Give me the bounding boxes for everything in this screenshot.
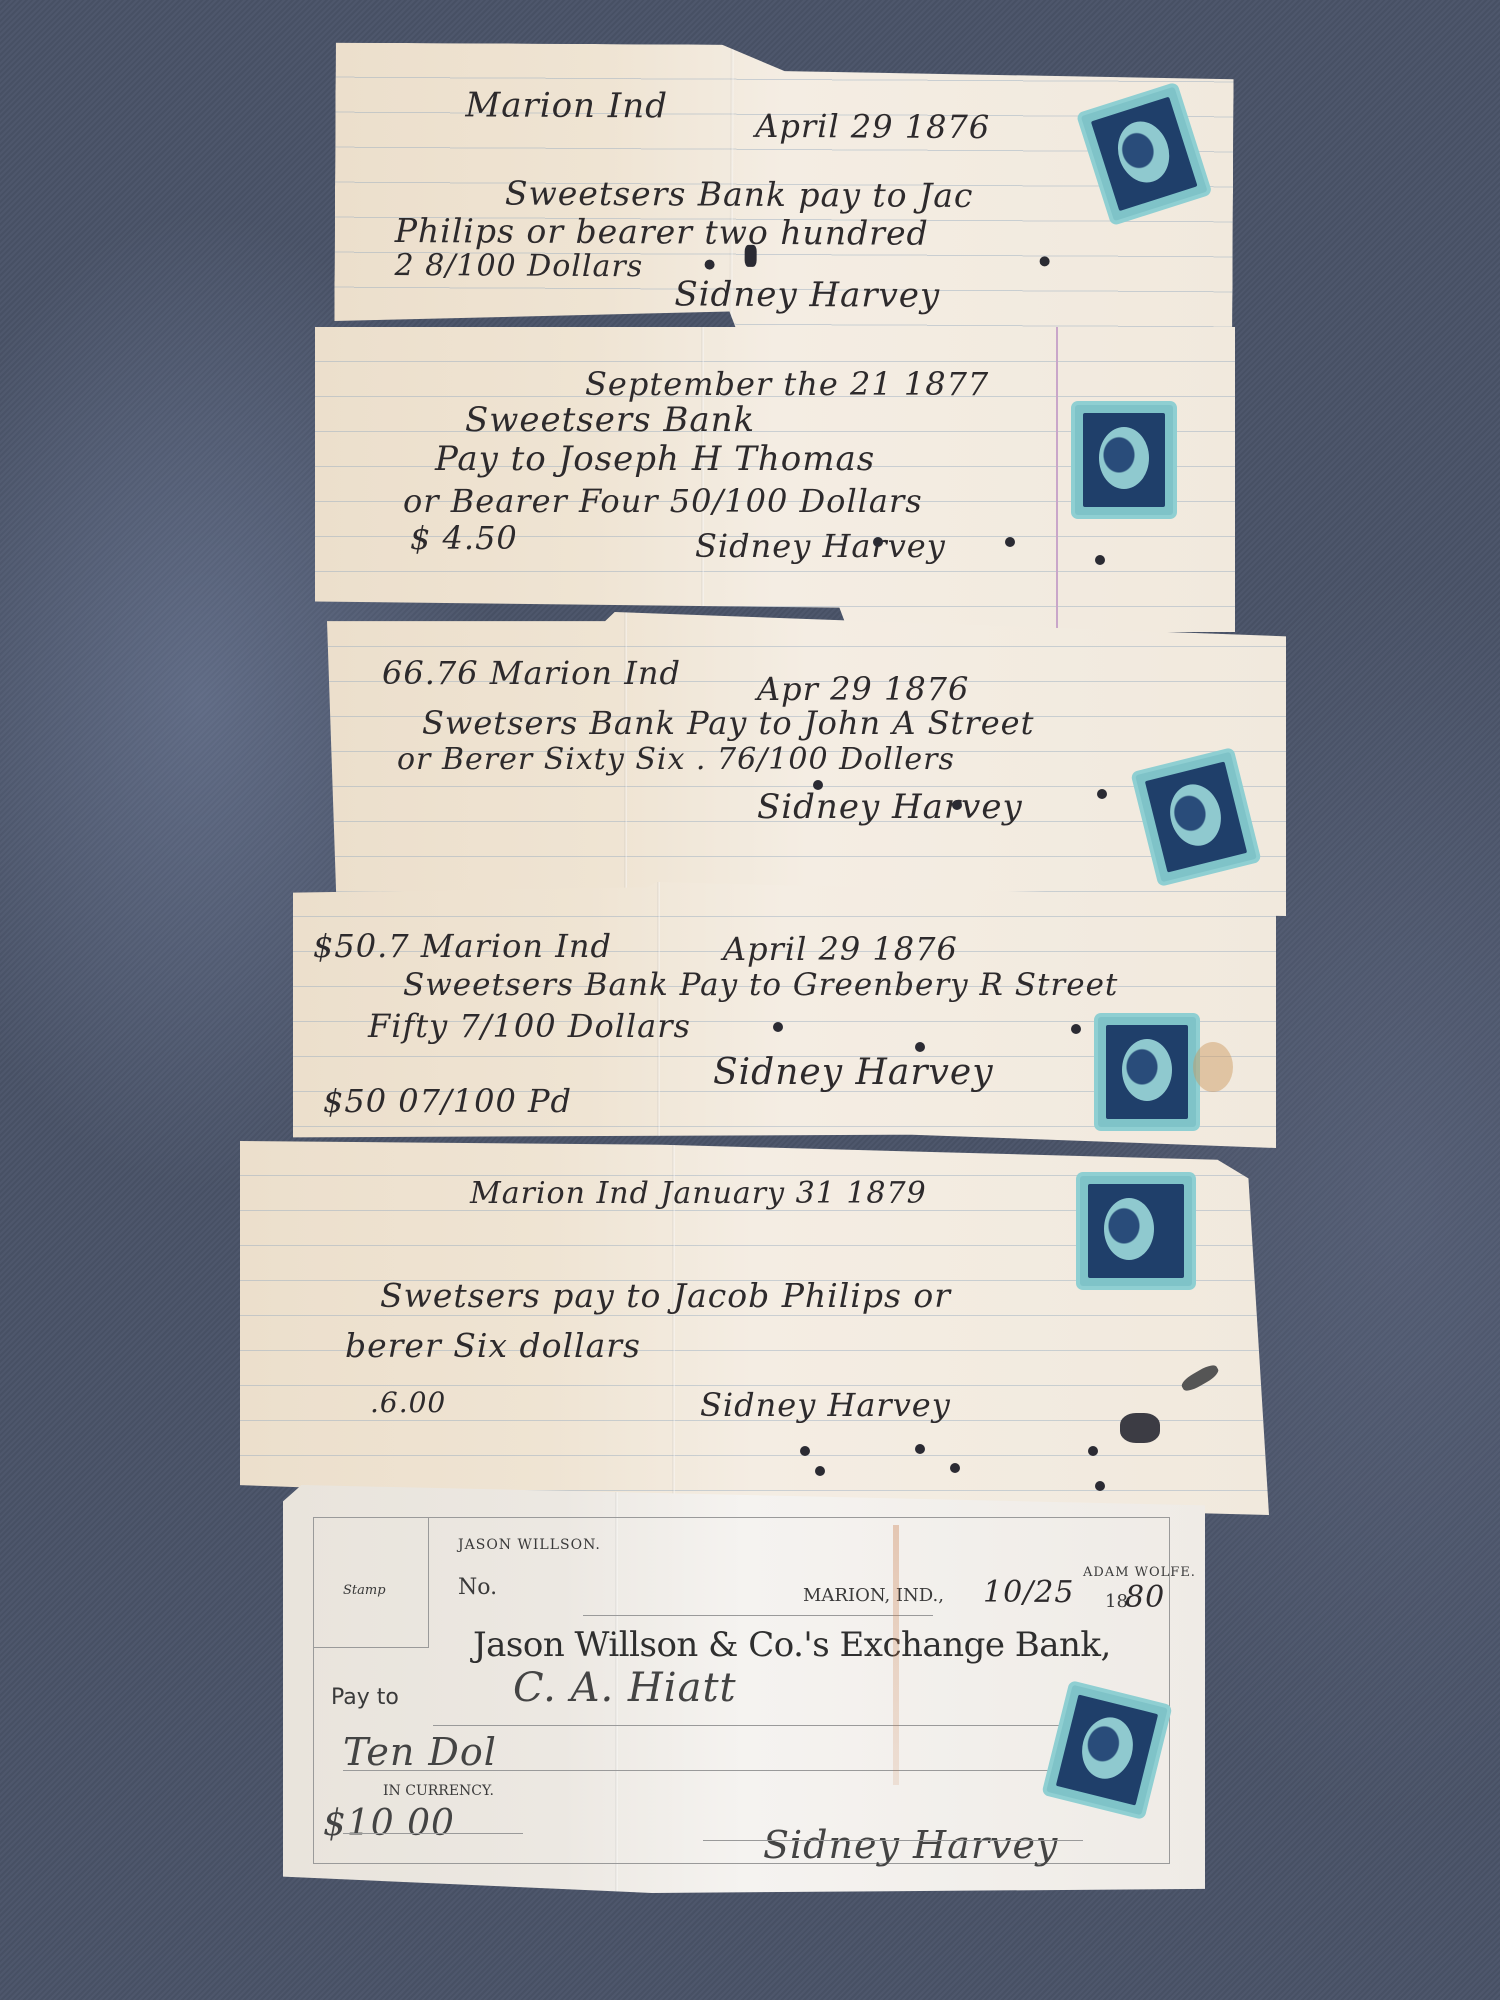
margin-line — [1056, 327, 1058, 632]
check-paid-note: $50 07/100 Pd — [323, 1082, 572, 1120]
cancel-hole — [952, 800, 962, 810]
cancel-hole — [773, 1022, 783, 1032]
check-place: 66.76 Marion Ind — [382, 654, 681, 692]
check-year-suffix: 80 — [1125, 1580, 1165, 1615]
rule-line — [583, 1615, 933, 1616]
ink-blot — [1120, 1413, 1160, 1443]
check-signature: Sidney Harvey — [695, 527, 946, 565]
cancel-hole — [915, 1444, 925, 1454]
check-amount-words: Philips or bearer two hundred — [395, 211, 929, 253]
check-date: April 29 1876 — [723, 930, 958, 968]
check-signature: Sidney Harvey — [757, 787, 1023, 827]
rule-line — [433, 1725, 1083, 1726]
cancel-hole — [800, 1446, 810, 1456]
cancel-hole — [1005, 537, 1015, 547]
cancel-hole — [705, 260, 715, 270]
printed-bank-name: Jason Willson & Co.'s Exchange Bank, — [473, 1625, 1111, 1665]
rule-line — [343, 1833, 523, 1834]
check-amount-words: or Berer Sixty Six . 76/100 Dollers — [397, 742, 955, 777]
check-payee-line: Swetsers Bank Pay to John A Street — [422, 704, 1034, 742]
check-place: $50.7 Marion Ind — [313, 927, 612, 965]
revenue-stamp-icon — [1135, 752, 1257, 882]
cancel-hole — [1071, 1024, 1081, 1034]
printed-left-header: JASON WILLSON. — [458, 1537, 601, 1553]
check-4: $50.7 Marion Ind April 29 1876 Sweetsers… — [293, 882, 1276, 1148]
check-amount-words: Ten Dol — [343, 1730, 497, 1774]
check-payee-line: Swetsers pay to Jacob Philips or — [380, 1276, 951, 1315]
check-amount-words: berer Six dollars — [345, 1326, 641, 1365]
printed-pay-label: Pay to — [331, 1685, 399, 1710]
rule-line — [343, 1770, 1113, 1771]
rule-line — [703, 1840, 1083, 1841]
check-1: Marion Ind April 29 1876 Sweetsers Bank … — [334, 43, 1234, 338]
ink-smudge — [1179, 1362, 1221, 1394]
cancel-hole — [1095, 1481, 1105, 1491]
check-bank: Sweetsers Bank — [465, 400, 755, 440]
cancel-hole — [915, 1042, 925, 1052]
check-amount-words: Fifty 7/100 Dollars — [368, 1007, 691, 1045]
check-amount-words: or Bearer Four 50/100 Dollars — [403, 482, 923, 520]
printed-no-label: No. — [458, 1575, 497, 1600]
cancel-hole — [1088, 1446, 1098, 1456]
cancel-hole — [815, 1466, 825, 1476]
check-amount: $10 00 — [323, 1803, 455, 1844]
check-date: Marion Ind January 31 1879 — [470, 1176, 927, 1211]
cancel-hole — [745, 245, 757, 267]
check-payee: C. A. Hiatt — [513, 1665, 737, 1711]
check-date: Apr 29 1876 — [757, 670, 969, 708]
cancel-hole — [1097, 789, 1107, 799]
check-signature: Sidney Harvey — [763, 1823, 1058, 1867]
check-amount: .6.00 — [370, 1386, 446, 1419]
check-signature: Sidney Harvey — [713, 1052, 994, 1093]
check-payee-line: Sweetsers Bank Pay to Greenbery R Street — [403, 967, 1118, 1003]
revenue-stamp-icon — [1075, 405, 1173, 515]
check-place: Marion Ind — [465, 85, 668, 126]
check-signature: Sidney Harvey — [674, 274, 940, 315]
check-payee-line: Sweetsers Bank pay to Jac — [505, 174, 974, 215]
cancel-hole — [1040, 256, 1050, 266]
check-2: September the 21 1877 Sweetsers Bank Pay… — [315, 327, 1235, 632]
cancel-hole — [873, 537, 883, 547]
cancel-hole — [813, 780, 823, 790]
check-payee-line: Pay to Joseph H Thomas — [435, 439, 875, 479]
rust-stain — [893, 1525, 899, 1785]
check-signature: Sidney Harvey — [700, 1386, 951, 1424]
check-6: JASON WILLSON. ADAM WOLFE. Stamp No. MAR… — [283, 1485, 1205, 1893]
check-date: April 29 1876 — [755, 107, 990, 146]
printed-place: MARION, IND., — [803, 1585, 944, 1606]
check-5: Marion Ind January 31 1879 Swetsers pay … — [240, 1141, 1269, 1515]
check-date: September the 21 1877 — [585, 365, 989, 403]
printed-stamp-label: Stamp — [343, 1583, 386, 1598]
stain — [1193, 1042, 1233, 1092]
printed-right-header: ADAM WOLFE. — [1083, 1565, 1196, 1580]
revenue-stamp-icon — [1080, 1176, 1192, 1286]
cancel-hole — [1095, 555, 1105, 565]
printed-currency-label: IN CURRENCY. — [383, 1783, 494, 1799]
cancel-hole — [950, 1463, 960, 1473]
revenue-stamp-icon — [1081, 87, 1208, 222]
check-amount: 2 8/100 Dollars — [395, 248, 644, 284]
check-date: 10/25 — [983, 1575, 1074, 1610]
check-3: 66.76 Marion Ind Apr 29 1876 Swetsers Ba… — [327, 612, 1286, 916]
check-amount: $ 4.50 — [410, 519, 518, 557]
revenue-stamp-icon — [1098, 1017, 1196, 1127]
